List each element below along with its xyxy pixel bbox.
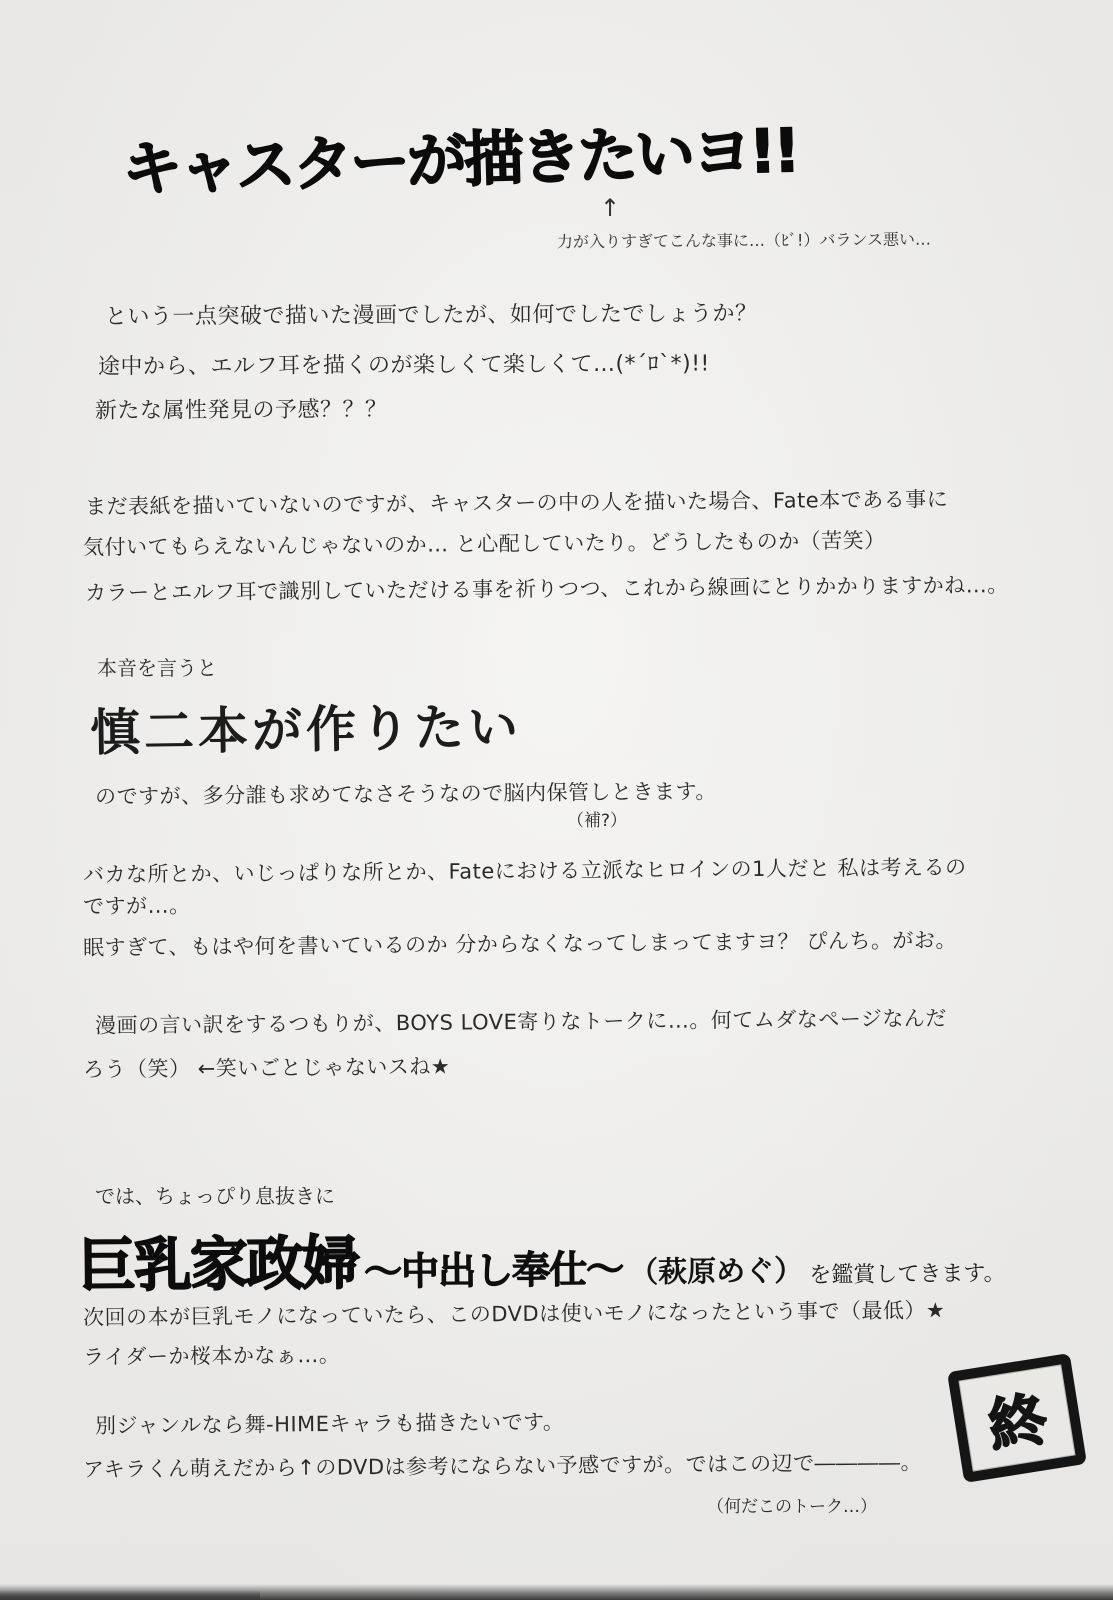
honne-line: ですが…。	[83, 890, 191, 921]
closing-note: （何だこのトーク…）	[707, 1492, 877, 1517]
up-arrow-annotation-icon: ↑	[600, 194, 620, 222]
honne-note: （補?）	[567, 806, 627, 831]
excuse-line: ろう（笑） ←笑いごとじゃないスね★	[83, 1050, 450, 1083]
honne-lead: 本音を言うと	[97, 652, 217, 681]
intro-line: 途中から、エルフ耳を描くのが楽しくて楽しくて…(*´ﾛ`*)!!	[98, 346, 710, 380]
title-annotation: 力が入りすぎてこんな事に…（ﾋﾞ!）バランス悪い…	[557, 227, 931, 253]
dvd-lead: では、ちょっぴり息抜きに	[95, 1180, 335, 1209]
intro-line: という一点突破で描いた漫画でしたが、如何でしたでしょうか？	[105, 296, 758, 330]
dvd-title-sub: ～中出し奉仕～	[364, 1238, 624, 1300]
dvd-tail: を鑑賞してきます。	[809, 1256, 1006, 1295]
end-stamp: 終	[947, 1353, 1087, 1483]
dvd-line: ライダーか桜本かなぁ…。	[83, 1339, 341, 1371]
scan-edge-shadow	[0, 1584, 1113, 1600]
honne-big-statement: 慎二本が作りたい	[90, 687, 523, 765]
dvd-title-main: 巨乳家政婦	[78, 1216, 359, 1303]
end-stamp-character: 終	[982, 1372, 1052, 1464]
dvd-title-row: 巨乳家政婦 ～中出し奉仕～ （萩原めぐ） を鑑賞してきます。	[78, 1209, 1006, 1303]
closing-line: 別ジャンルなら舞-HIMEキャラも描きたいです。	[95, 1406, 565, 1440]
dvd-actress: （萩原めぐ）	[629, 1248, 803, 1297]
intro-line: 新たな属性発見の予感？？？	[95, 392, 388, 425]
